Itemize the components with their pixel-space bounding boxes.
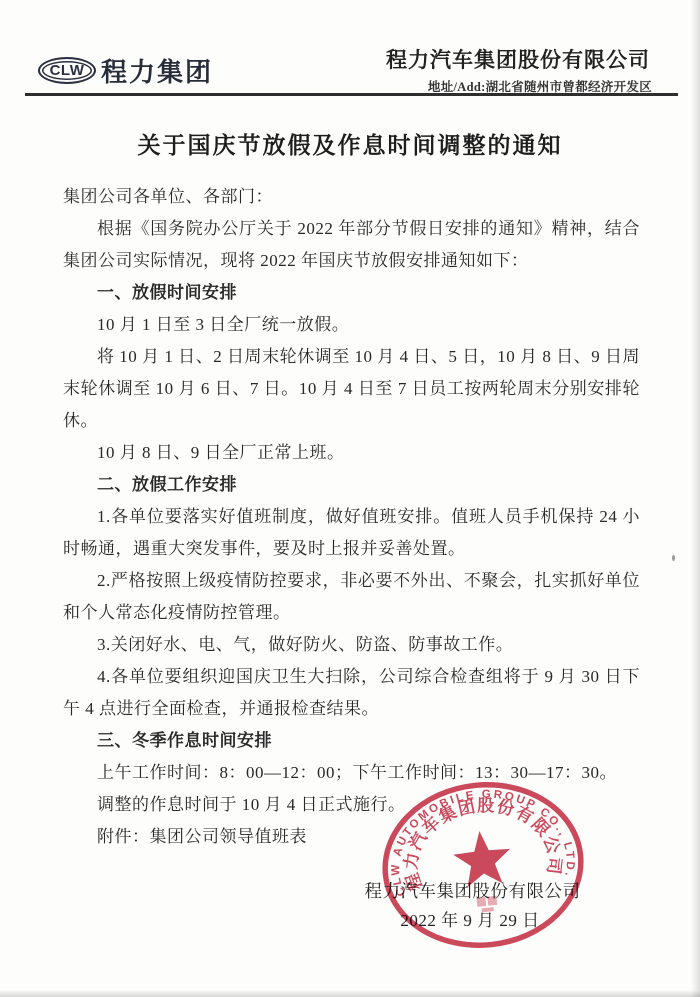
company-seal: CLW AUTOMOBILE GROUP CO., LTD. 程力汽车集团股份有… bbox=[370, 768, 597, 961]
header-divider bbox=[25, 93, 678, 96]
section-1-paragraph: 10 月 1 日至 3 日全厂统一放假。 bbox=[63, 309, 640, 341]
scan-edge-right bbox=[691, 0, 700, 997]
seal-smudge bbox=[476, 896, 497, 913]
scan-edge-bottom bbox=[0, 990, 700, 997]
section-2-paragraph: 1.各单位要落实好值班制度，做好值班安排。值班人员手机保持 24 小时畅通，遇重… bbox=[63, 501, 640, 565]
document-body: 集团公司各单位、各部门： 根据《国务院办公厅关于 2022 年部分节假日安排的通… bbox=[63, 181, 640, 853]
logo-brand-text: 程力集团 bbox=[101, 52, 213, 89]
section-2-paragraph: 2.严格按照上级疫情防控要求，非必要不外出、不聚会，扎实抓好单位和个人常态化疫情… bbox=[63, 565, 640, 629]
section-2-paragraph: 4.各单位要组织迎国庆卫生大扫除，公司综合检查组将于 9 月 30 日下午 4 … bbox=[63, 661, 640, 725]
clw-oval-logo-icon: CLW bbox=[38, 57, 96, 84]
section-2-paragraph: 3.关闭好水、电、气，做好防火、防盗、防事故工作。 bbox=[63, 629, 640, 661]
scan-speck bbox=[672, 555, 675, 561]
company-name: 程力汽车集团股份有限公司 bbox=[230, 44, 650, 74]
scanned-notice-document: CLW 程力集团 程力汽车集团股份有限公司 地址/Add:湖北省随州市曾都经济开… bbox=[0, 0, 700, 997]
intro-paragraph: 根据《国务院办公厅关于 2022 年部分节假日安排的通知》精神，结合集团公司实际… bbox=[63, 213, 640, 277]
seal-star-icon bbox=[451, 828, 513, 888]
section-3-heading: 三、冬季作息时间安排 bbox=[63, 725, 640, 757]
section-2-heading: 二、放假工作安排 bbox=[63, 469, 640, 501]
seal-graphic: CLW AUTOMOBILE GROUP CO., LTD. 程力汽车集团股份有… bbox=[370, 768, 597, 961]
salutation: 集团公司各单位、各部门： bbox=[63, 181, 640, 213]
document-title: 关于国庆节放假及作息时间调整的通知 bbox=[0, 127, 700, 160]
section-1-paragraph: 将 10 月 1 日、2 日周末轮休调至 10 月 4 日、5 日，10 月 8… bbox=[63, 341, 640, 437]
company-logo: CLW 程力集团 bbox=[38, 52, 213, 89]
section-1-paragraph: 10 月 8 日、9 日全厂正常上班。 bbox=[63, 437, 640, 469]
section-1-heading: 一、放假时间安排 bbox=[63, 277, 640, 309]
